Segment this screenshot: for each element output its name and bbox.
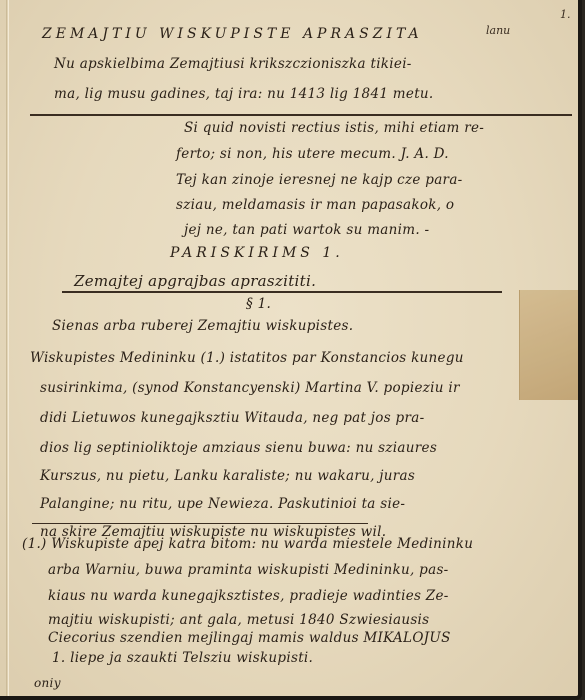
manuscript-page: 1. lanu ZEMAJTIU WISKUPISTE APRASZITA Nu… [0, 0, 582, 700]
paper-repair-patch [519, 290, 582, 400]
footnote-line: Ciecorius szendien mejlingaj mamis waldu… [48, 630, 451, 646]
subtitle-line: Nu apskielbima Zemajtiusi krikszczionisz… [54, 56, 412, 72]
chapter-rule [62, 291, 502, 293]
body-line: Wiskupistes Medininku (1.) istatitos par… [30, 350, 464, 366]
body-line: dios lig septinioliktoje amziaus sienu b… [40, 440, 437, 456]
section-title: Sienas arba ruberej Zemajtiu wiskupistes… [52, 318, 353, 334]
footnote-line: kiaus nu warda kunegajksztistes, pradiej… [48, 588, 449, 604]
section-number: § 1. [246, 296, 271, 312]
footnote-line: arba Warniu, buwa praminta wiskupisti Me… [48, 562, 449, 578]
epigraph-line: Si quid novisti rectius istis, mihi etia… [184, 120, 484, 136]
body-line: Palangine; nu ritu, upe Newieza. Paskuti… [40, 496, 405, 512]
binding-edge [6, 0, 7, 700]
chapter-heading: PARISKIRIMS 1. [170, 245, 344, 261]
title-rule [30, 114, 572, 116]
body-line: Kurszus, nu pietu, Lanku karaliste; nu w… [40, 468, 415, 484]
body-line: susirinkima, (synod Konstancyenski) Mart… [40, 380, 460, 396]
margin-note: lanu [486, 24, 510, 37]
preface-line: sziau, meldamasis ir man papasakok, o [176, 197, 454, 213]
epigraph-line: ferto; si non, his utere mecum. J. A. D. [176, 146, 449, 162]
chapter-title: Zemajtej apgrajbas apraszititi. [74, 272, 316, 290]
folio-number: 1. [560, 8, 571, 21]
footnote-rule [32, 523, 368, 524]
subtitle-line: ma, lig musu gadines, taj ira: nu 1413 l… [54, 86, 434, 102]
preface-line: Tej kan zinoje ieresnej ne kajp cze para… [176, 172, 463, 188]
footnote-line: majtiu wiskupisti; ant gala, metusi 1840… [48, 612, 429, 628]
preface-line: jej ne, tan pati wartok su manim. - [184, 222, 429, 238]
catchword: oniy [34, 676, 61, 690]
footnote-line: 1. liepe ja szaukti Telsziu wiskupisti. [52, 650, 313, 666]
body-line: didi Lietuwos kunegajksztiu Witauda, neg… [40, 410, 424, 426]
footnote-line: (1.) Wiskupiste apej katra bitom: nu war… [22, 536, 473, 552]
document-title: ZEMAJTIU WISKUPISTE APRASZITA [42, 26, 423, 42]
